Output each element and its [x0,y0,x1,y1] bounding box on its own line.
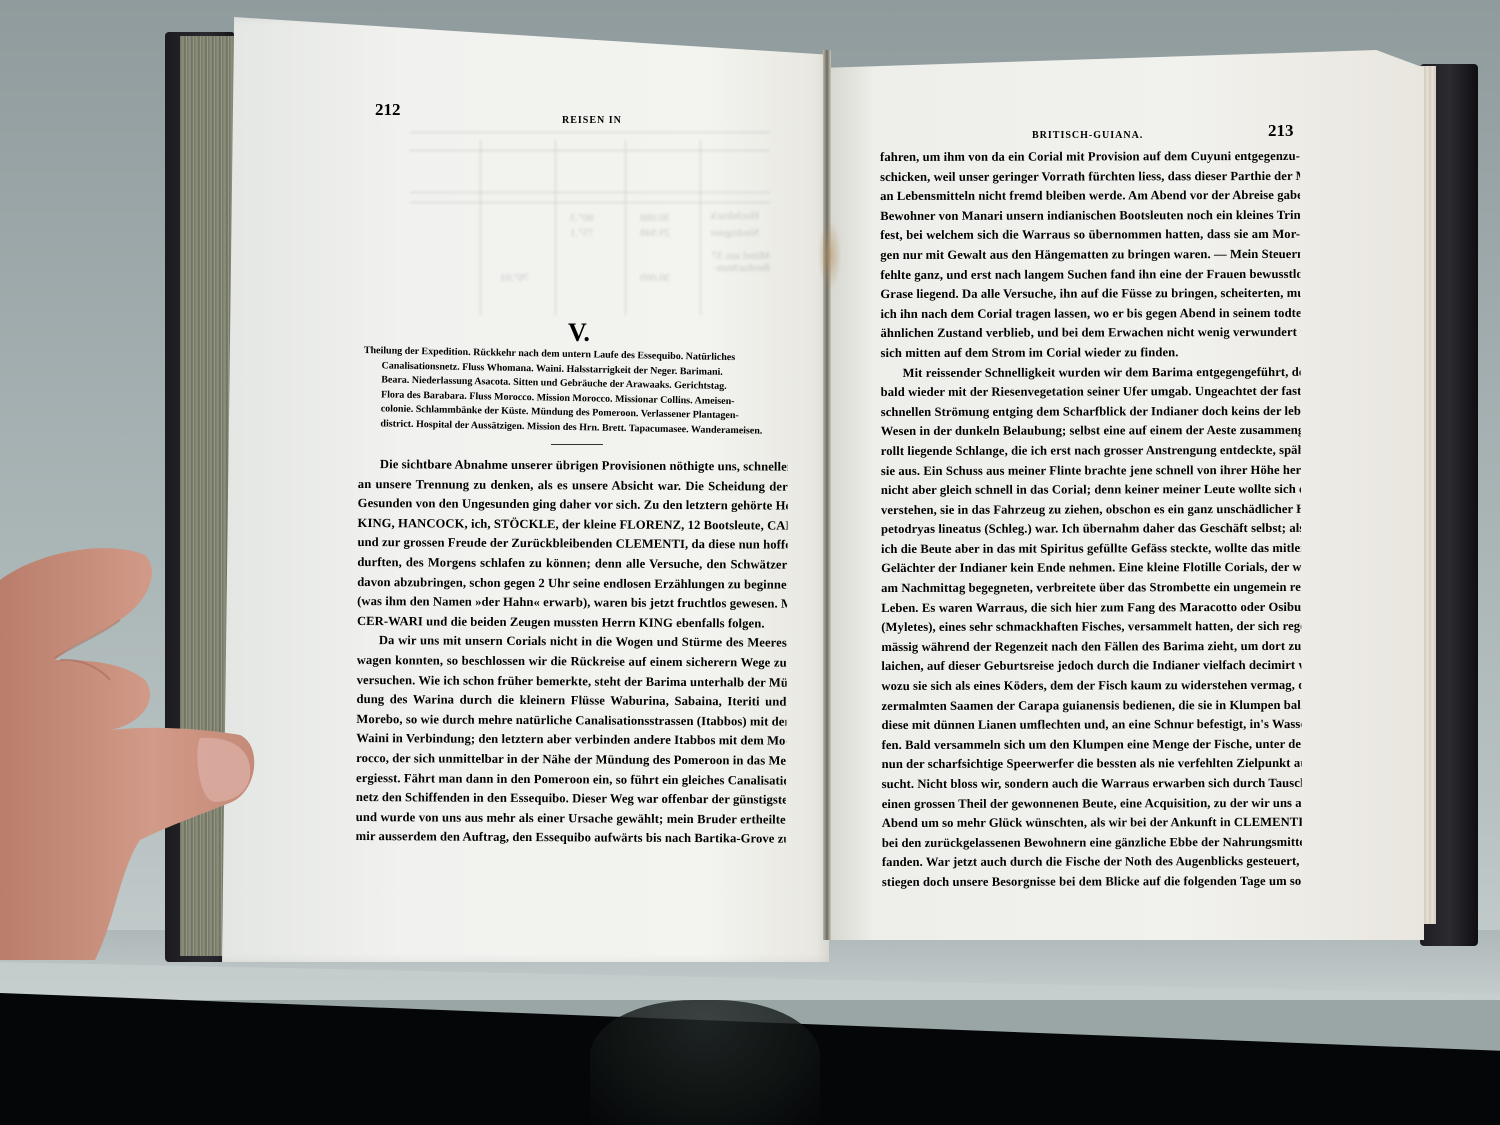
table-cell: 30.088 [640,212,670,224]
table-cell: 80°.3 [570,212,594,224]
shoe-shape [590,1000,820,1125]
text-line: KING, HANCOCK, ich, STÖCKLE, der kleine … [358,514,788,536]
bleed-through-table: Hochdruck Niedrigster Mittel aus 37 Beob… [410,130,770,315]
text-line: laichen, auf dieser Geburtsreise jedoch … [881,656,1301,677]
chapter-summary: Theilung der Expedition. Rückkehr nach d… [362,344,788,439]
text-line: sucht. Nicht bloss wir, sondern auch die… [882,774,1302,795]
text-line: ich ihn nach dem Corial tragen lassen, w… [880,304,1300,325]
table-cell: Hochdruck [710,210,759,222]
right-running-head: BRITISCH-GUIANA. [1032,130,1143,141]
text-line: nicht aber gleich schnell in das Corial;… [881,480,1301,501]
text-line: fen. Bald versammeln sich um den Klumpen… [882,735,1302,756]
text-line: ich die Beute aber in das mit Spiritus g… [881,539,1301,560]
book-gutter [823,50,831,940]
text-line: fest, bei welchem sich die Warraus so üb… [880,225,1300,246]
text-line: bei den zurückgelassenen Bewohnern eine … [882,833,1302,854]
right-page-number: 213 [1268,121,1294,141]
text-line: wagen konnten, so beschlossen wir die Rü… [357,651,787,673]
text-line: Da wir uns mit unsern Corials nicht in d… [357,631,787,653]
text-line: sich mitten auf dem Strom im Corial wied… [881,343,1301,364]
text-line: und wurde von uns aus mehr als einer Urs… [356,808,786,830]
text-line: schnellen Strömung entging dem Scharfbli… [881,402,1301,423]
text-line: diese mit dünnen Lianen umflechten und, … [881,715,1301,736]
text-line: verstehen, sie in das Fahrzeug zu ziehen… [881,500,1301,521]
text-line: davon abzubringen, schon gegen 2 Uhr sei… [357,573,787,595]
text-line: gen nur mit Gewalt aus den Hängematten z… [880,245,1300,266]
text-line: einen grossen Theil der gewonnenen Beute… [882,793,1302,814]
text-line: dung des Warina durch die kleinern Flüss… [356,690,786,712]
text-line: petodryas lineatus (Schleg.) war. Ich üb… [881,519,1301,540]
text-line: rollt liegende Schlange, die ich erst na… [881,441,1301,462]
text-line: sie aus. Ein Schuss aus meiner Flinte br… [881,460,1301,481]
text-line: und zur grossen Freude der Zurückbleiben… [357,533,787,555]
text-line: fanden. War jetzt auch durch die Fische … [882,852,1302,873]
text-line: Wesen in der dunkeln Belaubung; selbst e… [881,421,1301,442]
text-line: Waini in Verbindung; den letztern aber v… [356,729,786,751]
text-line: an Lebensmitteln nicht fremd bleiben wer… [880,186,1300,207]
text-line: Morebo, so wie durch mehre natürliche Ca… [356,710,786,732]
left-running-head: REISEN IN [562,115,622,126]
text-line: durften, des Morgens schlafen zu können;… [357,553,787,575]
text-line: wozu sie sich als eines Köders, dem der … [881,676,1301,697]
text-line: mir ausserdem den Auftrag, den Essequibo… [356,827,786,849]
text-line: Bewohner von Manari unsern indianischen … [880,206,1300,227]
text-line: zermalmten Saamen der Carapa guianensis … [881,696,1301,717]
text-line: mässig während der Regenzeit nach den Fä… [881,637,1301,658]
table-cell: 76°.01 [500,272,529,284]
text-line: Abend um so mehr Glück wünschten, als wi… [882,813,1302,834]
chapter-number: V. [568,318,590,348]
table-cell: Niedrigster [710,227,759,239]
left-body-text: Die sichtbare Abnahme unserer übrigen Pr… [356,455,788,849]
text-line: Mit reissender Schnelligkeit wurden wir … [881,362,1301,383]
text-line: Gesunden von den Ungesunden ging daher v… [358,494,788,516]
text-line: ergiesst. Fährt man dann in den Pomeroon… [356,768,786,790]
text-line: ähnlichen Zustand verblieb, und bei dem … [880,323,1300,344]
text-line: schicken, weil unser geringer Vorrath fü… [880,166,1300,187]
page-stain [818,220,842,290]
table-cell: 29.948 [640,227,670,239]
right-body-text: fahren, um ihm von da ein Corial mit Pro… [880,147,1302,893]
left-page-number: 212 [375,100,401,120]
text-line: Grase liegend. Da alle Versuche, ihn auf… [880,284,1300,305]
text-line: an unsere Trennung zu denken, als es uns… [358,475,788,497]
text-line: stiegen doch unsere Besorgnisse bei dem … [882,872,1302,893]
hand-holding-book [0,540,260,960]
text-line: versuchen. Wie ich schon früher bemerkte… [357,671,787,693]
text-line: Leben. Es waren Warraus, die sich hier z… [881,598,1301,619]
table-cell: Mittel aus 37 Beobachtun- [710,250,770,274]
text-line: netz den Schiffenden in den Essequibo. D… [356,788,786,810]
text-line: am Nachmittag begegneten, verbreitete üb… [881,578,1301,599]
text-line: fahren, um ihm von da ein Corial mit Pro… [880,147,1300,168]
section-divider [551,444,603,445]
text-line: fehlte ganz, und erst nach langem Suchen… [880,264,1300,285]
table-cell: 75°.1 [570,227,594,239]
text-line: nun der scharfsichtige Speerwerfer die b… [882,754,1302,775]
text-line: Gelächter der Indianer kein Ende nehmen.… [881,558,1301,579]
text-line: (was ihm den Namen »der Hahn« erwarb), w… [357,592,787,614]
text-line: CER-WARI und die beiden Zeugen mussten H… [357,612,787,634]
text-line: (Myletes), eines sehr schmackhaften Fisc… [881,617,1301,638]
text-line: bald wieder mit der Riesenvegetation sei… [881,382,1301,403]
text-line: Die sichtbare Abnahme unserer übrigen Pr… [358,455,788,477]
table-cell: 30.009 [640,272,670,284]
text-line: rocco, der sich unmittelbar in der Nähe … [356,749,786,771]
